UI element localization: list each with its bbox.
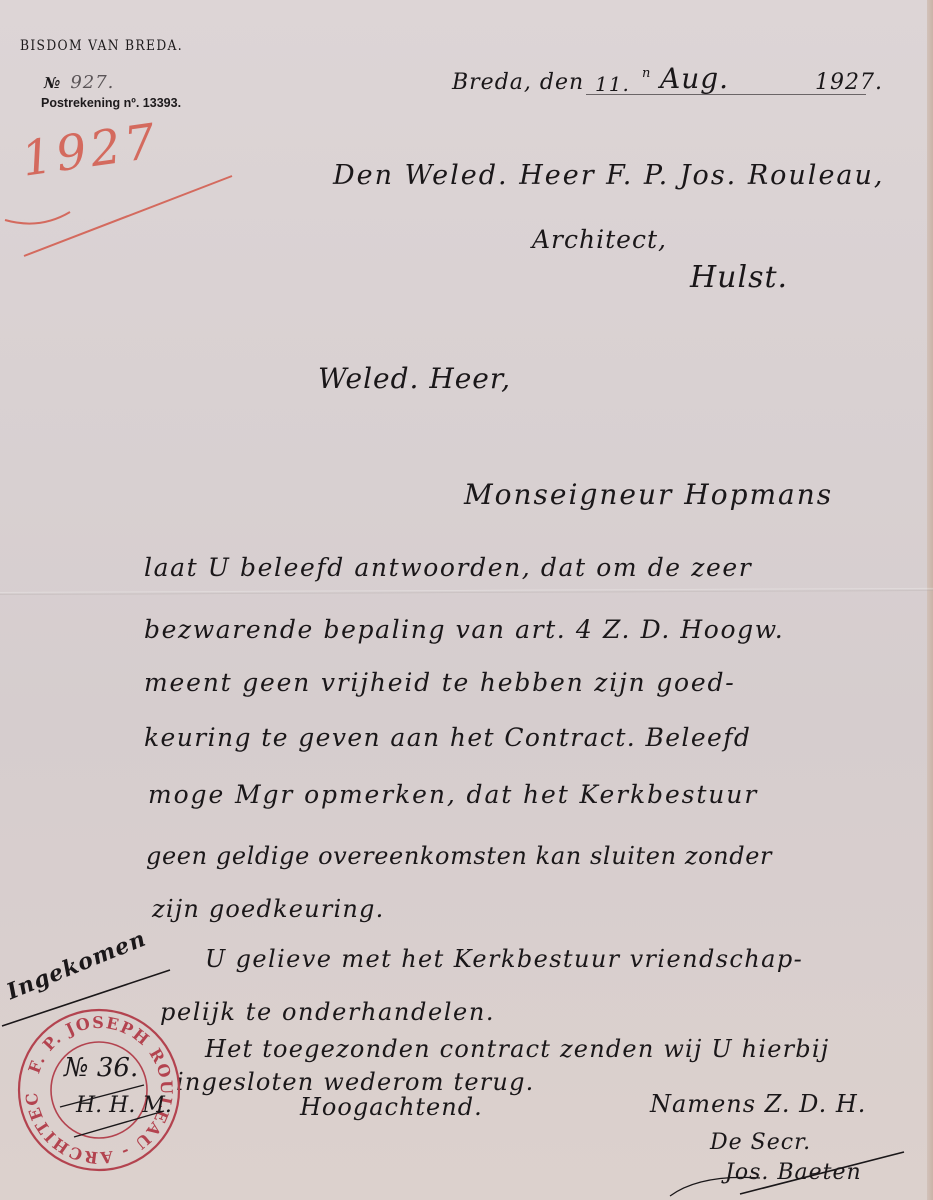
recipient-line-2: Architect, bbox=[532, 225, 667, 254]
body-line: keuring te geven aan het Contract. Belee… bbox=[144, 723, 751, 752]
body-line: Het toegezonden contract zenden wij U hi… bbox=[205, 1035, 829, 1063]
signature-line-1: Namens Z. D. H. bbox=[650, 1090, 866, 1118]
body-line: U gelieve met het Kerkbestuur vriendscha… bbox=[205, 945, 803, 973]
body-line: laat U beleefd antwoorden, dat om de zee… bbox=[144, 553, 752, 582]
stamp-number: № 36. bbox=[64, 1053, 138, 1083]
red-underline-stroke bbox=[0, 140, 260, 280]
body-line: moge Mgr opmerken, dat het Kerkbestuur bbox=[148, 780, 758, 809]
body-line: bezwarende bepaling van art. 4 Z. D. Hoo… bbox=[144, 615, 784, 644]
closing: Hoogachtend. bbox=[300, 1093, 483, 1121]
number-value: 927. bbox=[70, 72, 114, 93]
letterhead-number: № 927. bbox=[44, 72, 114, 93]
body-line: pelijk te onderhandelen. bbox=[160, 998, 495, 1026]
body-line: zijn goedkeuring. bbox=[152, 895, 384, 923]
salutation: Weled. Heer, bbox=[318, 362, 511, 395]
signature-flourish bbox=[640, 1140, 910, 1200]
letterhead-postrekening: Postrekening nº. 13393. bbox=[41, 96, 181, 110]
dateline-day-suffix: n bbox=[642, 66, 651, 81]
body-line: geen geldige overeenkomsten kan sluiten … bbox=[146, 842, 772, 870]
recipient-line-1: Den Weled. Heer F. P. Jos. Rouleau, bbox=[333, 160, 885, 191]
architect-stamp: F. P. JOSEPH ROULEAU - ARCHITECT - № 36.… bbox=[14, 1005, 184, 1175]
dateline-month: Aug. bbox=[660, 62, 729, 95]
letter-page: BISDOM VAN BREDA. № 927. Postrekening nº… bbox=[0, 0, 933, 1200]
dateline-place: Breda, den bbox=[452, 70, 584, 95]
body-line: ingesloten wederom terug. bbox=[176, 1068, 534, 1096]
dateline-day: 11. bbox=[595, 72, 630, 96]
stamp-initials: H. H. M. bbox=[76, 1093, 172, 1118]
number-label: № bbox=[44, 74, 60, 92]
paper-fold-crease bbox=[0, 588, 933, 595]
body-line: Monseigneur Hopmans bbox=[464, 478, 833, 511]
letterhead-organization: BISDOM VAN BREDA. bbox=[20, 38, 183, 54]
recipient-line-3: Hulst. bbox=[690, 260, 788, 295]
dateline-year: 1927. bbox=[815, 70, 883, 95]
body-line: meent geen vrijheid te hebben zijn goed- bbox=[144, 668, 736, 697]
stamp-ring-icon: F. P. JOSEPH ROULEAU - ARCHITECT - bbox=[14, 1005, 184, 1175]
paper-edge bbox=[927, 0, 933, 1200]
